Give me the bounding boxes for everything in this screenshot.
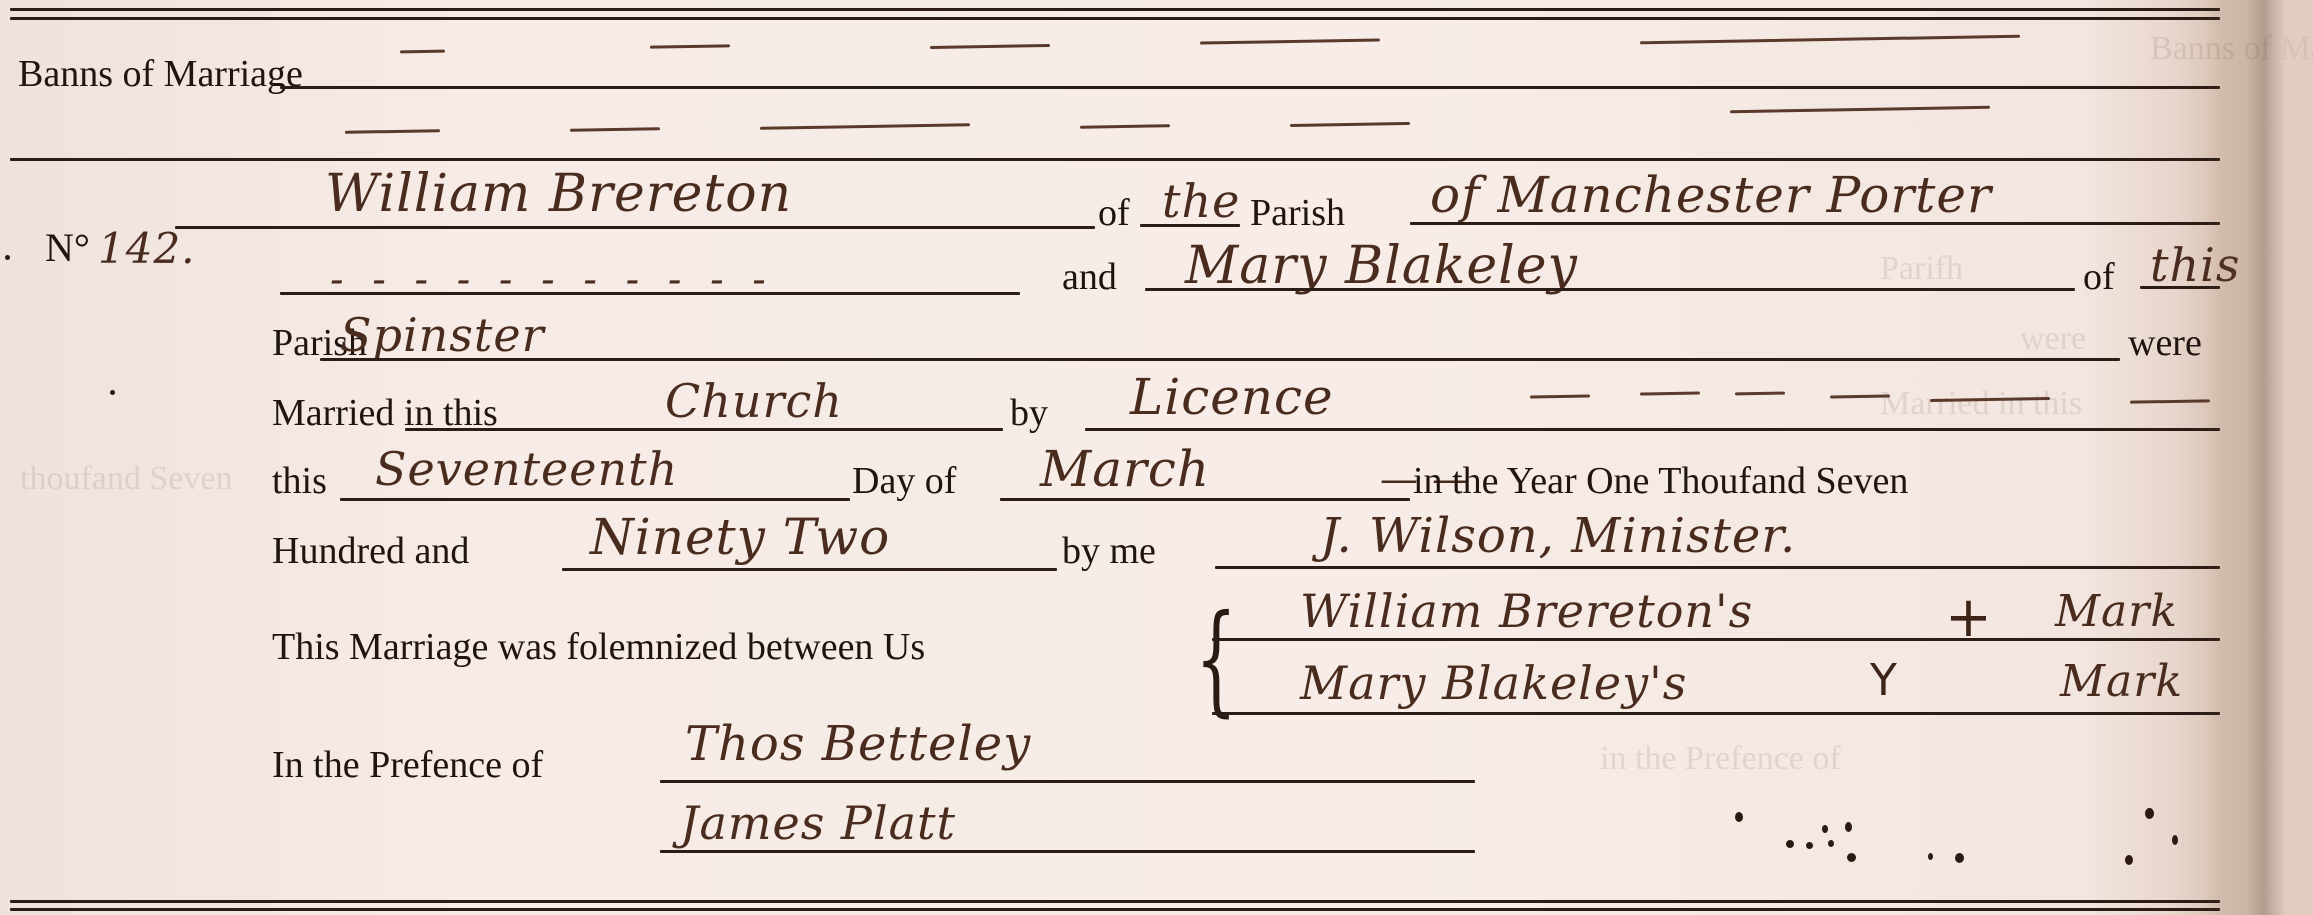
- witness-1-line: [660, 780, 1475, 783]
- ink-blot: [110, 390, 115, 395]
- bride-mark-symbol: Y: [1870, 655, 1897, 706]
- filler-dash: [1080, 124, 1170, 129]
- witness-1: Thos Betteley: [685, 720, 1031, 768]
- bleed-through-text: Married in this: [1880, 385, 2082, 423]
- by-me-label: by me: [1062, 532, 1156, 570]
- groom-signature-line: [1212, 638, 2220, 641]
- groom-of-value: the: [1162, 178, 1240, 224]
- filler-dash: [1290, 122, 1410, 127]
- married-in-label: Married in this: [272, 394, 498, 432]
- bride-status-line: [320, 358, 2120, 361]
- filler-dash: [1530, 394, 1590, 398]
- bottom-border-rule: [10, 900, 2220, 903]
- banns-filler-dash: [650, 44, 730, 48]
- marriage-place: Church: [665, 378, 843, 424]
- groom-parish-line: [1410, 222, 2220, 225]
- banns-line: [280, 86, 2220, 89]
- groom-name-line: [175, 226, 1095, 229]
- book-spine-shadow: [2203, 0, 2313, 915]
- banns-filler-dash: [930, 44, 1050, 49]
- marriage-year: Ninety Two: [590, 512, 890, 562]
- solemnized-label: This Marriage was folemnized between Us: [272, 628, 925, 666]
- ink-blot: [5, 255, 10, 260]
- marriage-method-line: [1085, 428, 2220, 431]
- separator-rule: [10, 158, 2220, 161]
- bride-name-line: [1145, 288, 2075, 291]
- ink-blot: [1845, 822, 1852, 832]
- bride-signature: Mary Blakeley's: [1300, 660, 1687, 706]
- bottom-border-rule: [10, 908, 2220, 911]
- marriage-place-line: [405, 428, 1003, 431]
- marriage-month-line: [1000, 498, 1410, 501]
- banns-filler-dash: [1640, 35, 2020, 45]
- bleed-through-text: were: [2020, 320, 2086, 358]
- filler-dash: [1735, 392, 1785, 396]
- ink-blot: [2172, 835, 2178, 845]
- groom-parish-label: Parish: [1250, 194, 1345, 232]
- ink-blot: [1928, 853, 1933, 860]
- marriage-month: March: [1040, 444, 1210, 494]
- filler-dash: [760, 123, 970, 130]
- marriage-method: Licence: [1130, 372, 1334, 422]
- brace-symbol: {: [1195, 590, 1237, 729]
- ink-blot: [2145, 808, 2154, 819]
- filler-dash: [570, 127, 660, 132]
- ink-blot: [1786, 840, 1794, 848]
- banns-label: Banns of Marriage: [18, 55, 303, 93]
- groom-of-line: [1140, 224, 1240, 227]
- banns-filler-dash: [400, 50, 445, 54]
- ink-blot: [2125, 855, 2133, 865]
- ink-blot: [1828, 840, 1834, 847]
- bride-and-label: and: [1062, 258, 1117, 296]
- ink-blot: [1847, 853, 1856, 862]
- entry-number: 142.: [98, 228, 196, 270]
- groom-mark-label: Mark: [2055, 590, 2178, 634]
- witness-2-line: [660, 850, 1475, 853]
- marriage-day: Seventeenth: [375, 446, 678, 492]
- day-of-label: Day of: [852, 462, 956, 500]
- year-label-2: Hundred and: [272, 532, 469, 570]
- year-label-1: in the Year One Thoufand Seven: [1413, 462, 1908, 500]
- marriage-day-line: [340, 498, 850, 501]
- bride-name: Mary Blakeley: [1185, 240, 1578, 292]
- top-border-rule: [10, 8, 2220, 11]
- groom-name: William Brereton: [325, 168, 792, 220]
- bride-filler-line: [280, 292, 1020, 295]
- filler-dash: [1640, 391, 1700, 395]
- officiant-line: [1215, 566, 2220, 569]
- filler-dash: [1730, 106, 1990, 114]
- by-label: by: [1010, 394, 1048, 432]
- filler-dash: [345, 129, 440, 134]
- banns-filler-dash: [1200, 38, 1380, 44]
- ink-blot: [1806, 842, 1813, 849]
- bride-status: Spinster: [340, 312, 545, 358]
- groom-parish-value: of Manchester Porter: [1430, 170, 1992, 220]
- bleed-through-text: Parifh: [1880, 250, 1963, 288]
- filler-dash: [2130, 399, 2210, 403]
- bleed-through-text: in the Prefence of: [1600, 740, 1841, 778]
- bride-signature-line: [1212, 712, 2220, 715]
- marriage-year-line: [562, 568, 1057, 571]
- witnesses-label: In the Prefence of: [272, 746, 543, 784]
- ink-blot: [1735, 812, 1743, 822]
- bride-of-label: of: [2083, 258, 2115, 296]
- officiant-name: J. Wilson, Minister.: [1320, 512, 1796, 560]
- bleed-through-text: thoufand Seven: [20, 460, 232, 498]
- bride-mark-label: Mark: [2060, 660, 2183, 704]
- groom-signature: William Brereton's: [1300, 588, 1753, 634]
- were-label: were: [2128, 324, 2202, 362]
- groom-of-label: of: [1098, 194, 1130, 232]
- this-label: this: [272, 462, 327, 500]
- witness-2: James Platt: [680, 800, 956, 846]
- register-page: Banns of Marriage Parifh were Married in…: [0, 0, 2313, 915]
- entry-number-label: N°: [45, 228, 90, 268]
- ink-blot: [1955, 853, 1964, 863]
- ink-blot: [1822, 825, 1828, 833]
- top-border-rule: [10, 17, 2220, 20]
